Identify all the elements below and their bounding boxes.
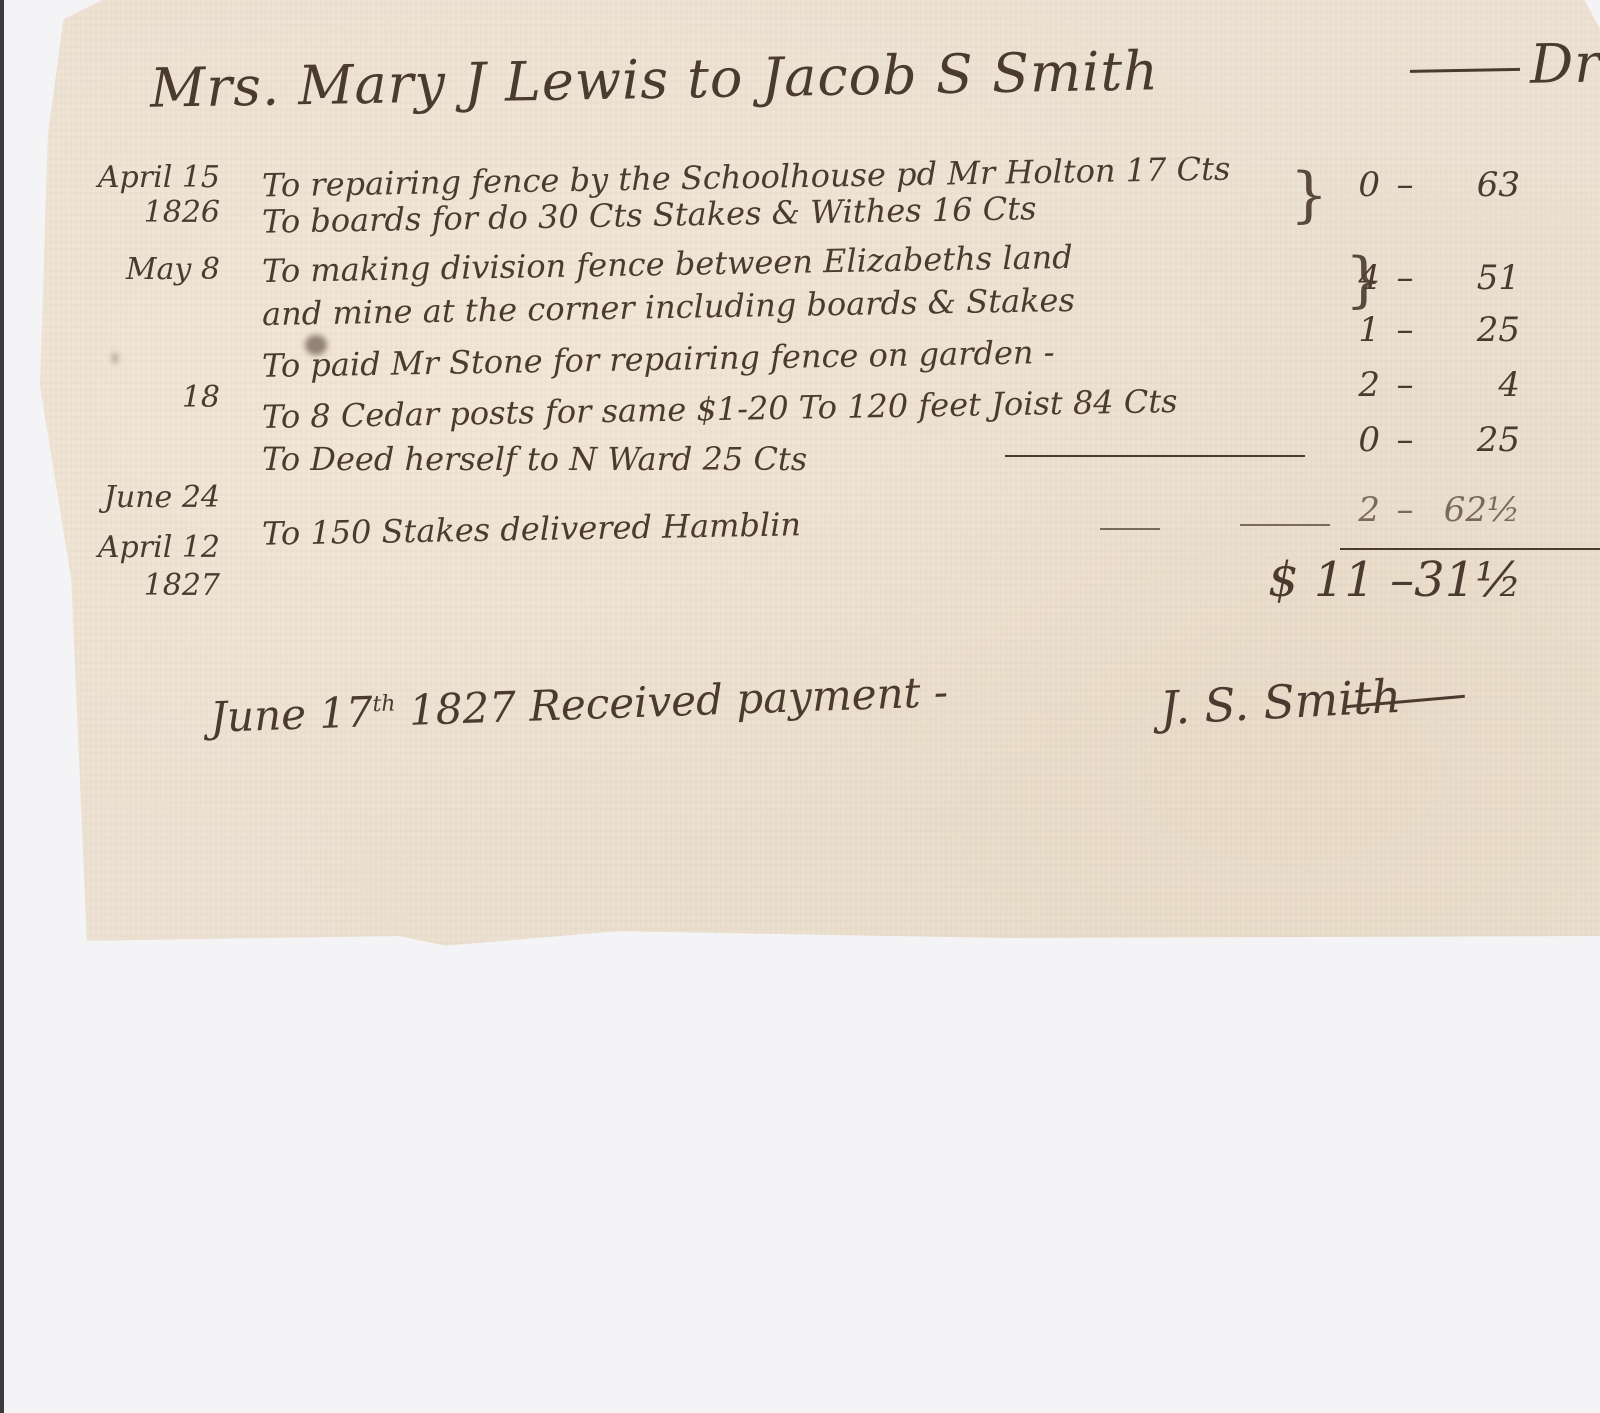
ink-spot	[112, 352, 118, 364]
debit-marker: Dr.	[1409, 31, 1600, 98]
entry-amount: 2–4	[1300, 365, 1530, 405]
amount-dollars: 4	[1300, 258, 1380, 298]
paper-sheet	[40, 0, 1600, 965]
filler-line	[1100, 528, 1160, 530]
entry-line: To Deed herself to N Ward 25 Cts	[262, 440, 807, 478]
filler-line	[1005, 455, 1305, 457]
amount-cents: 25	[1430, 310, 1520, 350]
amount-dollars: 1	[1300, 310, 1380, 350]
amount-dollars: 0	[1300, 165, 1380, 205]
entry-amount: 0–63	[1300, 165, 1530, 205]
creditor-name: Jacob S Smith	[761, 39, 1159, 109]
total-rule	[1340, 548, 1600, 550]
entry-date: April 12	[40, 530, 220, 565]
ink-blot	[305, 335, 327, 355]
entry-amount: 1–25	[1300, 310, 1530, 350]
amount-cents: 4	[1430, 365, 1520, 405]
header-connector: to	[687, 46, 744, 110]
entry-amount: 0–25	[1300, 420, 1530, 460]
entry-year: 1827	[40, 568, 220, 603]
header-dash	[1410, 67, 1520, 72]
entry-amount: 4–51	[1300, 258, 1530, 298]
amount-cents: 51	[1430, 258, 1520, 298]
amount-cents: 62½	[1430, 490, 1520, 530]
total-dollars: 11	[1314, 552, 1375, 608]
entry-date: May 8	[40, 252, 220, 287]
scanner-edge	[0, 0, 4, 1413]
total-amount: $ 11 –31½	[1268, 552, 1522, 608]
receipt-date: June 17	[209, 687, 373, 742]
currency-symbol: $	[1268, 552, 1299, 608]
entry-amount: 2–62½	[1300, 490, 1530, 530]
entry-date: June 24	[40, 480, 220, 515]
amount-cents: 25	[1430, 420, 1520, 460]
amount-cents: 63	[1430, 165, 1520, 205]
entry-date: 18	[40, 380, 220, 415]
total-cents: 31½	[1414, 552, 1522, 608]
receipt-year: 1827	[408, 682, 517, 735]
debtor-name: Mrs. Mary J Lewis	[150, 48, 670, 120]
amount-dollars: 2	[1300, 365, 1380, 405]
amount-dollars: 2	[1300, 490, 1380, 530]
entry-date: April 15	[40, 160, 220, 195]
amount-dollars: 0	[1300, 420, 1380, 460]
entry-year: 1826	[40, 195, 220, 230]
